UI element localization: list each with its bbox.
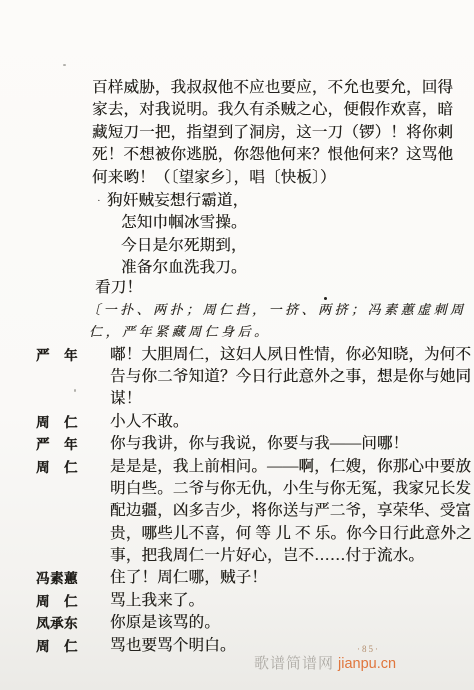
verse-line: 怎知巾帼冰雪操。 — [121, 213, 247, 233]
monologue-line: 藏短刀一把，指望到了洞房，这一刀（锣）！将你刺 — [92, 123, 453, 143]
dialogue-line: 你与我讲，你与我说，你要与我——问哪！ — [110, 434, 408, 454]
stage-direction-line: 〔一扑、两扑；周仁挡，一挤、两挤；冯素蕙虚刺周 — [87, 300, 467, 320]
speaker-label: 冯素蕙 — [36, 569, 78, 589]
verse-line: 准备尔血洗我刀。 — [121, 258, 247, 278]
dialogue-line: 告与你二爷知道？今日行此意外之事，想是你与她同 — [110, 367, 471, 387]
dialogue-line: 贵，哪些儿不喜，何 等 儿 不 乐。你今日行此意外之 — [110, 524, 472, 544]
scan-speck — [63, 64, 66, 66]
speaker-label: 凤承东 — [36, 614, 78, 634]
stage-direction-emphasized: 两 — [318, 302, 335, 317]
dialogue-line: 骂上我来了。 — [110, 591, 204, 611]
scan-speck — [74, 389, 76, 392]
stage-direction-text: 挤；冯素蕙虚刺周 — [335, 302, 467, 317]
watermark-domain: jianpu.cn — [338, 656, 396, 672]
watermark-site-name: 歌谱简谱网 — [254, 656, 334, 672]
dialogue-line: 骂也要骂个明白。 — [110, 636, 236, 656]
spoken-line: 看刀！ — [95, 278, 142, 298]
speaker-label: 严 年 — [36, 346, 78, 366]
stage-direction-text: 〔一扑、两扑；周仁挡，一挤、 — [87, 302, 318, 317]
watermark: 歌谱简谱网jianpu.cn — [254, 652, 396, 673]
speaker-label: 周 仁 — [36, 592, 78, 612]
dialogue-line: 事，把我周仁一片好心，岂不……付于流水。 — [110, 546, 424, 566]
speaker-label: 严 年 — [36, 435, 78, 455]
monologue-line: 何来哟！（〔望家乡〕，唱〔快板〕） — [92, 168, 336, 188]
dialogue-line: 配边疆，凶多吉少，将你送与严二爷，享荣华、受富 — [110, 501, 471, 521]
dialogue-line: 谋！ — [110, 389, 141, 409]
speaker-label: 周 仁 — [36, 413, 78, 433]
dialogue-line: 你原是该骂的。 — [110, 613, 220, 633]
verse-bullet: · — [97, 195, 101, 207]
dialogue-line: 小人不敢。 — [110, 412, 189, 432]
monologue-line: 家去，对我说明。我久有杀贼之心，便假作欢喜，暗 — [92, 100, 453, 120]
scanned-script-page: 百样威胁，我叔叔他不应也要应，不允也要允，回得 家去，对我说明。我久有杀贼之心，… — [0, 0, 474, 690]
speaker-label: 周 仁 — [36, 637, 78, 657]
dialogue-line: 是是是，我上前相问。——啊，仁嫂，你那心中要放 — [110, 457, 471, 477]
verse-line: 狗奸贼妄想行霸道， — [107, 191, 248, 211]
dialogue-line: 嘟！大胆周仁，这妇人夙日性情，你必知晓，为何不 — [110, 345, 471, 365]
dialogue-line: 明白些。二爷与你无仇，小生与你无冤，我家兄长发 — [110, 479, 471, 499]
speaker-label: 周 仁 — [36, 458, 78, 478]
monologue-line: 死！不想被你逃脱，你怨他何来？恨他何来？这骂他 — [92, 145, 453, 165]
stage-direction-line: 仁，严年紧藏周仁身后。 — [89, 322, 271, 342]
monologue-line: 百样威胁，我叔叔他不应也要应，不允也要允，回得 — [92, 78, 453, 98]
verse-line: 今日是尔死期到， — [121, 236, 247, 256]
dialogue-line: 住了！周仁哪，贼子！ — [110, 568, 267, 588]
